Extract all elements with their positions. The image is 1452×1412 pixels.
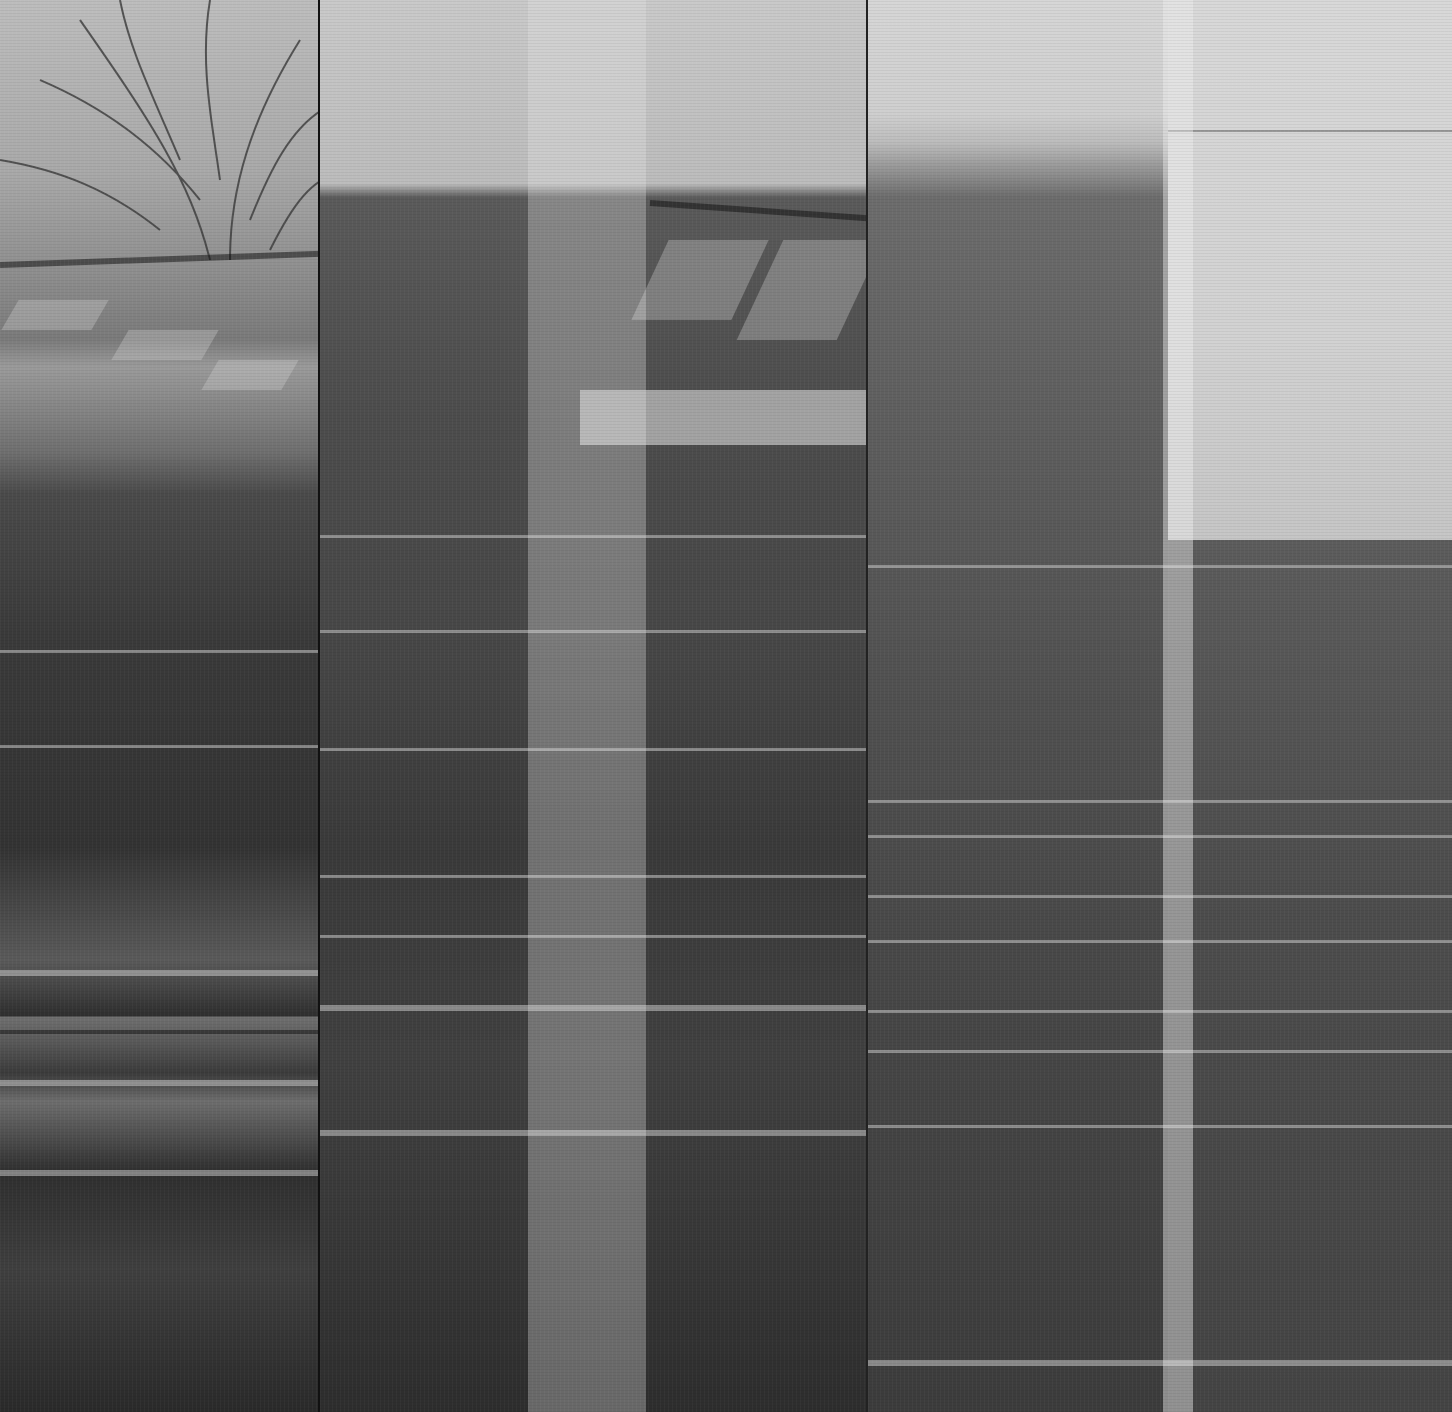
rail-line	[868, 895, 1452, 898]
rail-line	[868, 940, 1452, 943]
rail-line	[868, 1360, 1452, 1366]
photo-collage: Black-and-white multiple-exposure collag…	[0, 0, 1452, 1412]
photo-strip-middle	[318, 0, 868, 1412]
rail-line	[868, 1125, 1452, 1128]
rail-line	[868, 800, 1452, 803]
glass-panel	[631, 240, 768, 320]
rail-line	[0, 970, 322, 976]
light-exposure-band	[1163, 0, 1193, 1412]
canopy-roof-edge	[650, 200, 868, 221]
light-exposure-band	[528, 0, 646, 1412]
sky-area	[1168, 0, 1452, 560]
overhead-wire	[1168, 130, 1452, 132]
photo-strip-right	[866, 0, 1452, 1412]
rail-line	[868, 565, 1452, 568]
tree-branches-graphic	[0, 0, 322, 260]
glass-panel	[111, 330, 218, 360]
rail-line	[868, 835, 1452, 838]
rail-line	[0, 1080, 322, 1086]
rail-line	[0, 650, 322, 653]
rail-line	[0, 1170, 322, 1176]
rail-line	[868, 1010, 1452, 1013]
ground-area	[1168, 540, 1452, 1412]
rail-line	[0, 745, 322, 748]
rail-line	[868, 1050, 1452, 1053]
glass-panel	[1, 300, 108, 330]
rail-line	[0, 1030, 322, 1034]
photo-strip-left	[0, 0, 322, 1412]
glass-panel	[201, 360, 298, 390]
